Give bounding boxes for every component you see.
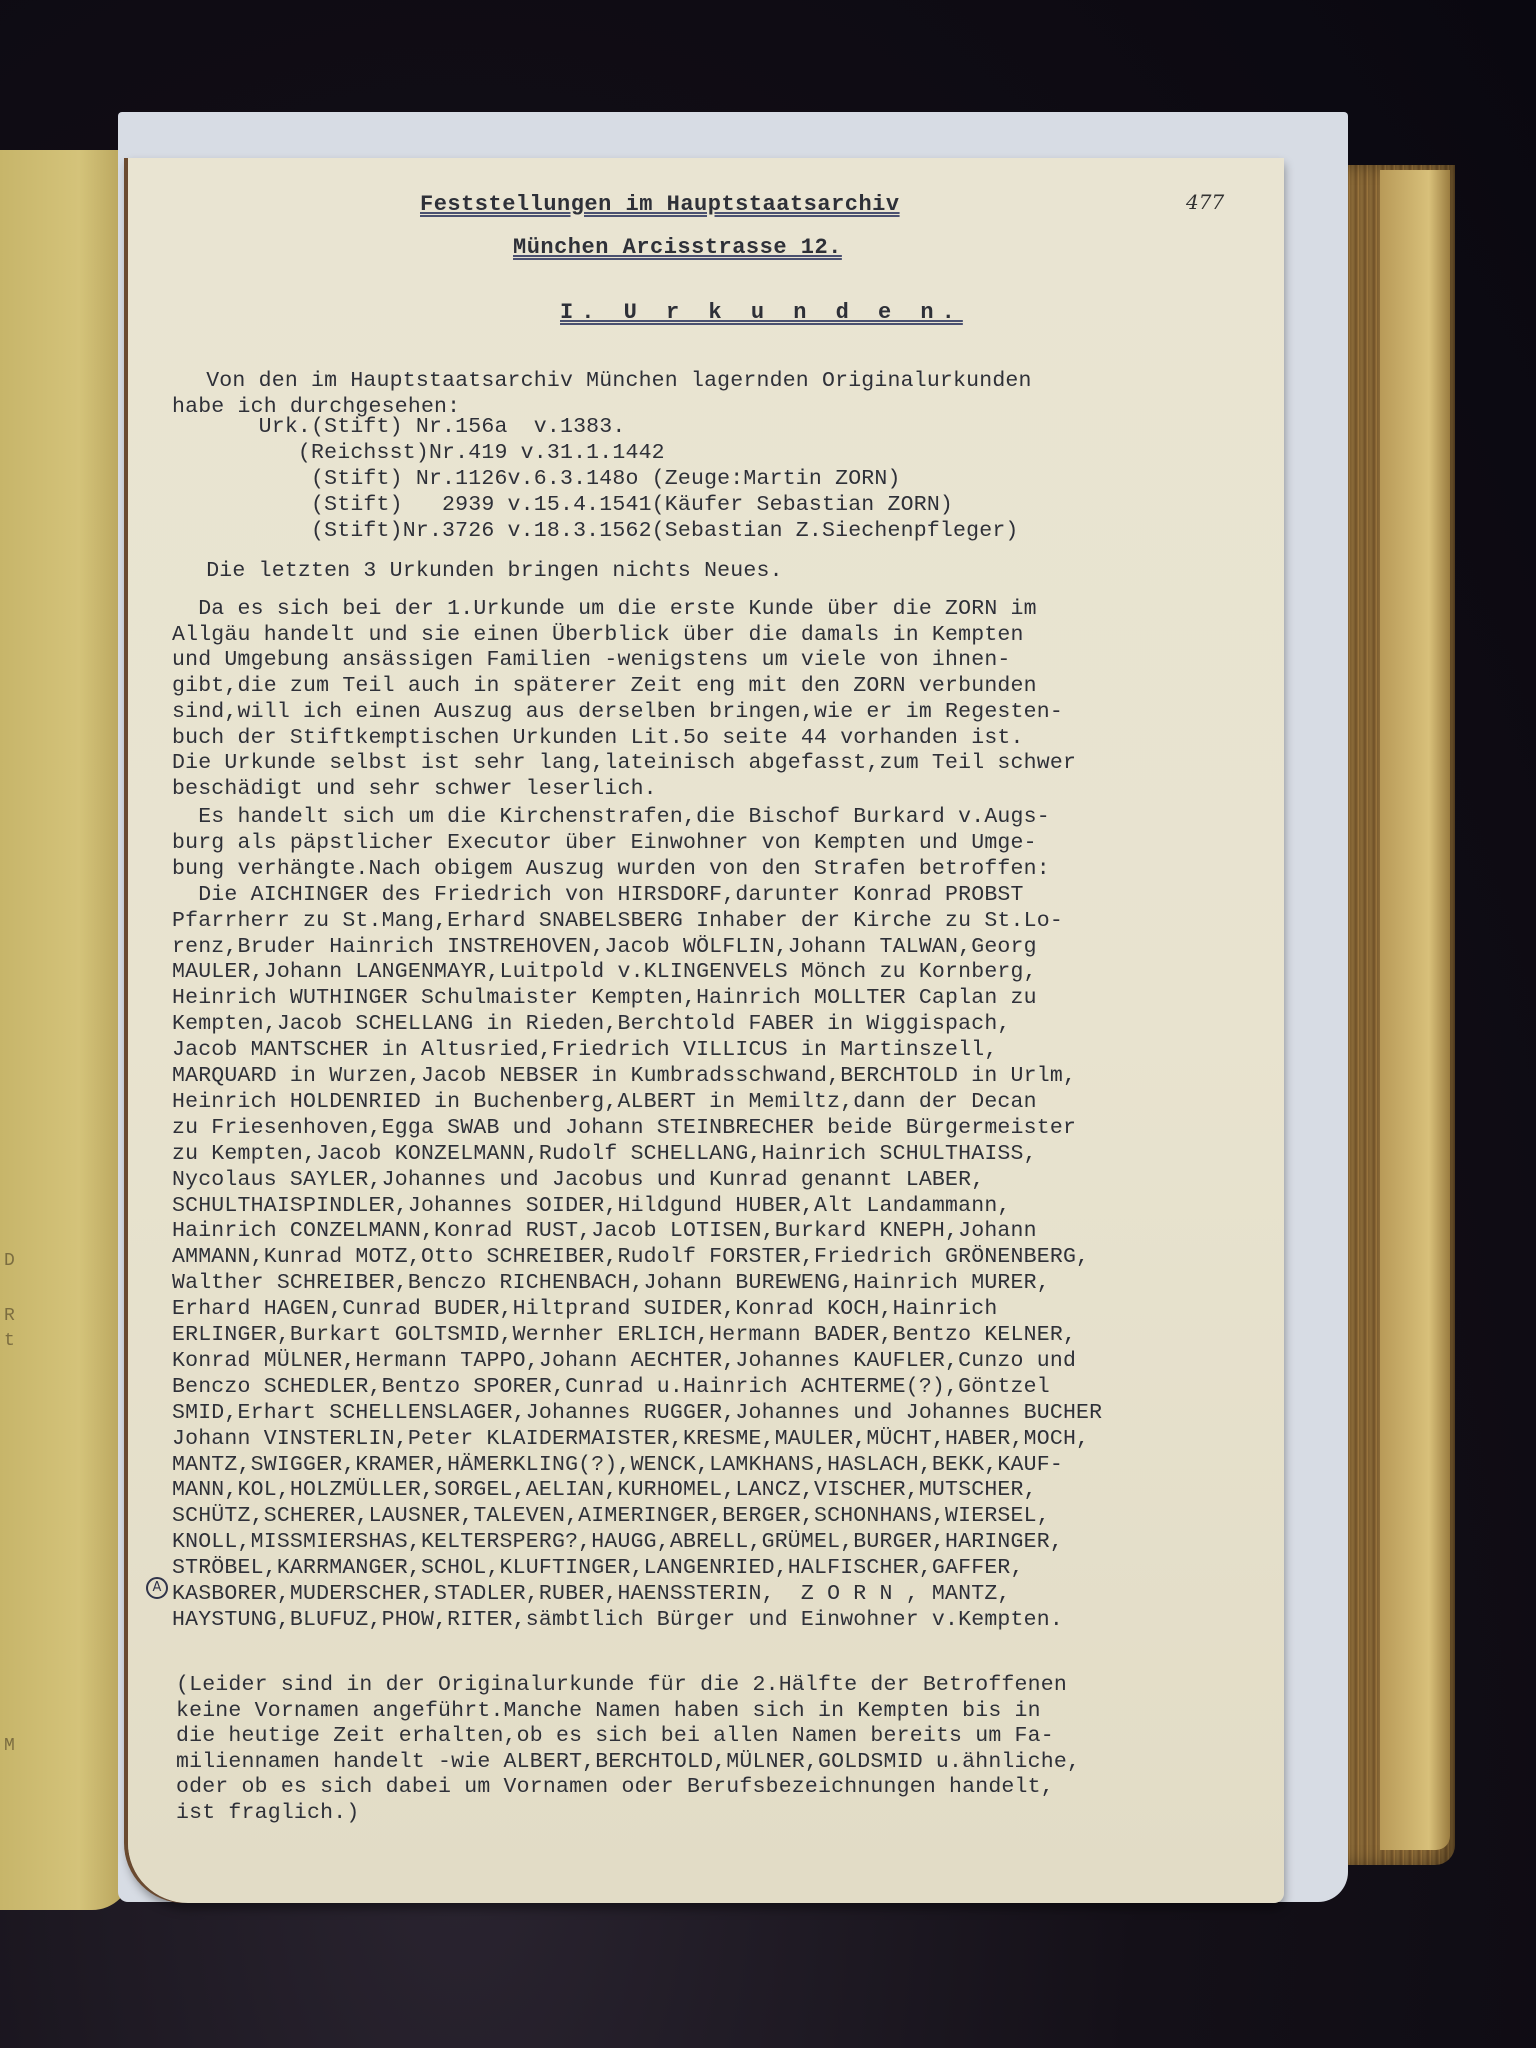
text-line: MANTZ,SWIGGER,KRAMER,HÄMERKLING(?),WENCK… <box>172 1452 1063 1478</box>
text-line: keine Vornamen angeführt.Manche Namen ha… <box>176 1698 1041 1724</box>
text-line: Walther SCHREIBER,Benczo RICHENBACH,Joha… <box>172 1270 1050 1296</box>
text-line: Heinrich HOLDENRIED in Buchenberg,ALBERT… <box>172 1089 1037 1115</box>
text-line: Allgäu handelt und sie einen Überblick ü… <box>172 622 1024 648</box>
text-line: Johann VINSTERLIN,Peter KLAIDERMAISTER,K… <box>172 1426 1089 1452</box>
text-line: Die Urkunde selbst ist sehr lang,lateini… <box>172 750 1076 776</box>
text-line: die heutige Zeit erhalten,ob es sich bei… <box>176 1723 1054 1749</box>
text-line: SMID,Erhart SCHELLENSLAGER,Johannes RUGG… <box>172 1400 1102 1426</box>
title-line-2: München Arcisstrasse 12. <box>513 235 842 261</box>
ghost-letter: D <box>4 1250 15 1272</box>
margin-circle-mark: A <box>146 1577 168 1599</box>
text-line: KNOLL,MISSMIERSHAS,KELTERSPERG?,HAUGG,AB… <box>172 1529 1063 1555</box>
text-line: Es handelt sich um die Kirchenstrafen,di… <box>172 804 1050 830</box>
document-entry: (Stift) Nr.1126v.6.3.148o (Zeuge:Martin … <box>180 466 901 492</box>
text-line: KASBORER,MUDERSCHER,STADLER,RUBER,HAENSS… <box>172 1581 1011 1607</box>
text-line: und Umgebung ansässigen Familien -wenigs… <box>172 647 1011 673</box>
text-line: oder ob es sich dabei um Vornamen oder B… <box>176 1774 1054 1800</box>
text-line: MANN,KOL,HOLZMÜLLER,SORGEL,AELIAN,KURHOM… <box>172 1477 1037 1503</box>
text-line: Nycolaus SAYLER,Johannes und Jacobus und… <box>172 1167 984 1193</box>
text-line: sind,will ich einen Auszug aus derselben… <box>172 699 1063 725</box>
text-line: SCHÜTZ,SCHERER,LAUSNER,TALEVEN,AIMERINGE… <box>172 1503 1050 1529</box>
text-line: zu Kempten,Jacob KONZELMANN,Rudolf SCHEL… <box>172 1141 1037 1167</box>
document-entry: (Reichsst)Nr.419 v.31.1.1442 <box>180 440 665 466</box>
text-line: buch der Stiftkemptischen Urkunden Lit.5… <box>172 725 1024 751</box>
title-line-1: Feststellungen im Hauptstaatsarchiv <box>420 192 900 218</box>
ghost-letter: M <box>4 1735 15 1757</box>
text-line: Benczo SCHEDLER,Bentzo SPORER,Cunrad u.H… <box>172 1374 1050 1400</box>
text-line: Heinrich WUTHINGER Schulmaister Kempten,… <box>172 985 1037 1011</box>
document-entry: (Stift) 2939 v.15.4.1541(Käufer Sebastia… <box>180 492 953 518</box>
text-line: Die AICHINGER des Friedrich von HIRSDORF… <box>172 882 1024 908</box>
text-line: MARQUARD in Wurzen,Jacob NEBSER in Kumbr… <box>172 1063 1076 1089</box>
book-page-edges-light <box>1380 170 1450 1850</box>
text-line: ist fraglich.) <box>176 1800 359 1826</box>
text-line: zu Friesenhoven,Egga SWAB und Johann STE… <box>172 1115 1076 1141</box>
text-line: (Leider sind in der Originalurkunde für … <box>176 1672 1067 1698</box>
page-number: 477 <box>1186 190 1224 214</box>
nothing-new-line: Die letzten 3 Urkunden bringen nichts Ne… <box>180 558 783 584</box>
left-book-page: D R t M <box>0 150 132 1910</box>
text-line: Jacob MANTSCHER in Altusried,Friedrich V… <box>172 1037 997 1063</box>
text-line: MAULER,Johann LANGENMAYR,Luitpold v.KLIN… <box>172 959 1037 985</box>
text-line: Pfarrherr zu St.Mang,Erhard SNABELSBERG … <box>172 908 1063 934</box>
text-line: STRÖBEL,KARRMANGER,SCHOL,KLUFTINGER,LANG… <box>172 1555 1024 1581</box>
text-line: bung verhängte.Nach obigem Auszug wurden… <box>172 856 1050 882</box>
text-line: Kempten,Jacob SCHELLANG in Rieden,Bercht… <box>172 1011 1011 1037</box>
text-line: gibt,die zum Teil auch in späterer Zeit … <box>172 673 1037 699</box>
text-line: Erhard HAGEN,Cunrad BUDER,Hiltprand SUID… <box>172 1296 997 1322</box>
text-line: SCHULTHAISPINDLER,Johannes SOIDER,Hildgu… <box>172 1193 1011 1219</box>
document-entry: (Stift)Nr.3726 v.18.3.1562(Sebastian Z.S… <box>180 518 1019 544</box>
text-line: ERLINGER,Burkart GOLTSMID,Wernher ERLICH… <box>172 1322 1076 1348</box>
text-line: Hainrich CONZELMANN,Konrad RUST,Jacob LO… <box>172 1218 1037 1244</box>
text-line: HAYSTUNG,BLUFUZ,PHOW,RITER,sämbtlich Bür… <box>172 1607 1063 1633</box>
text-line: Von den im Hauptstaatsarchiv München lag… <box>180 368 1032 394</box>
section-heading: I. U r k u n d e n. <box>560 300 963 326</box>
text-line: miliennamen handelt -wie ALBERT,BERCHTOL… <box>176 1749 1080 1775</box>
document-entry: Urk.(Stift) Nr.156a v.1383. <box>180 414 625 440</box>
ghost-letter: t <box>4 1330 15 1352</box>
ghost-letter: R <box>4 1305 15 1327</box>
text-line: beschädigt und sehr schwer leserlich. <box>172 776 657 802</box>
text-line: Da es sich bei der 1.Urkunde um die erst… <box>172 596 1037 622</box>
text-line: AMMANN,Kunrad MOTZ,Otto SCHREIBER,Rudolf… <box>172 1244 1089 1270</box>
text-line: Konrad MÜLNER,Hermann TAPPO,Johann AECHT… <box>172 1348 1076 1374</box>
text-line: renz,Bruder Hainrich INSTREHOVEN,Jacob W… <box>172 934 1037 960</box>
text-line: burg als päpstlicher Executor über Einwo… <box>172 830 1037 856</box>
